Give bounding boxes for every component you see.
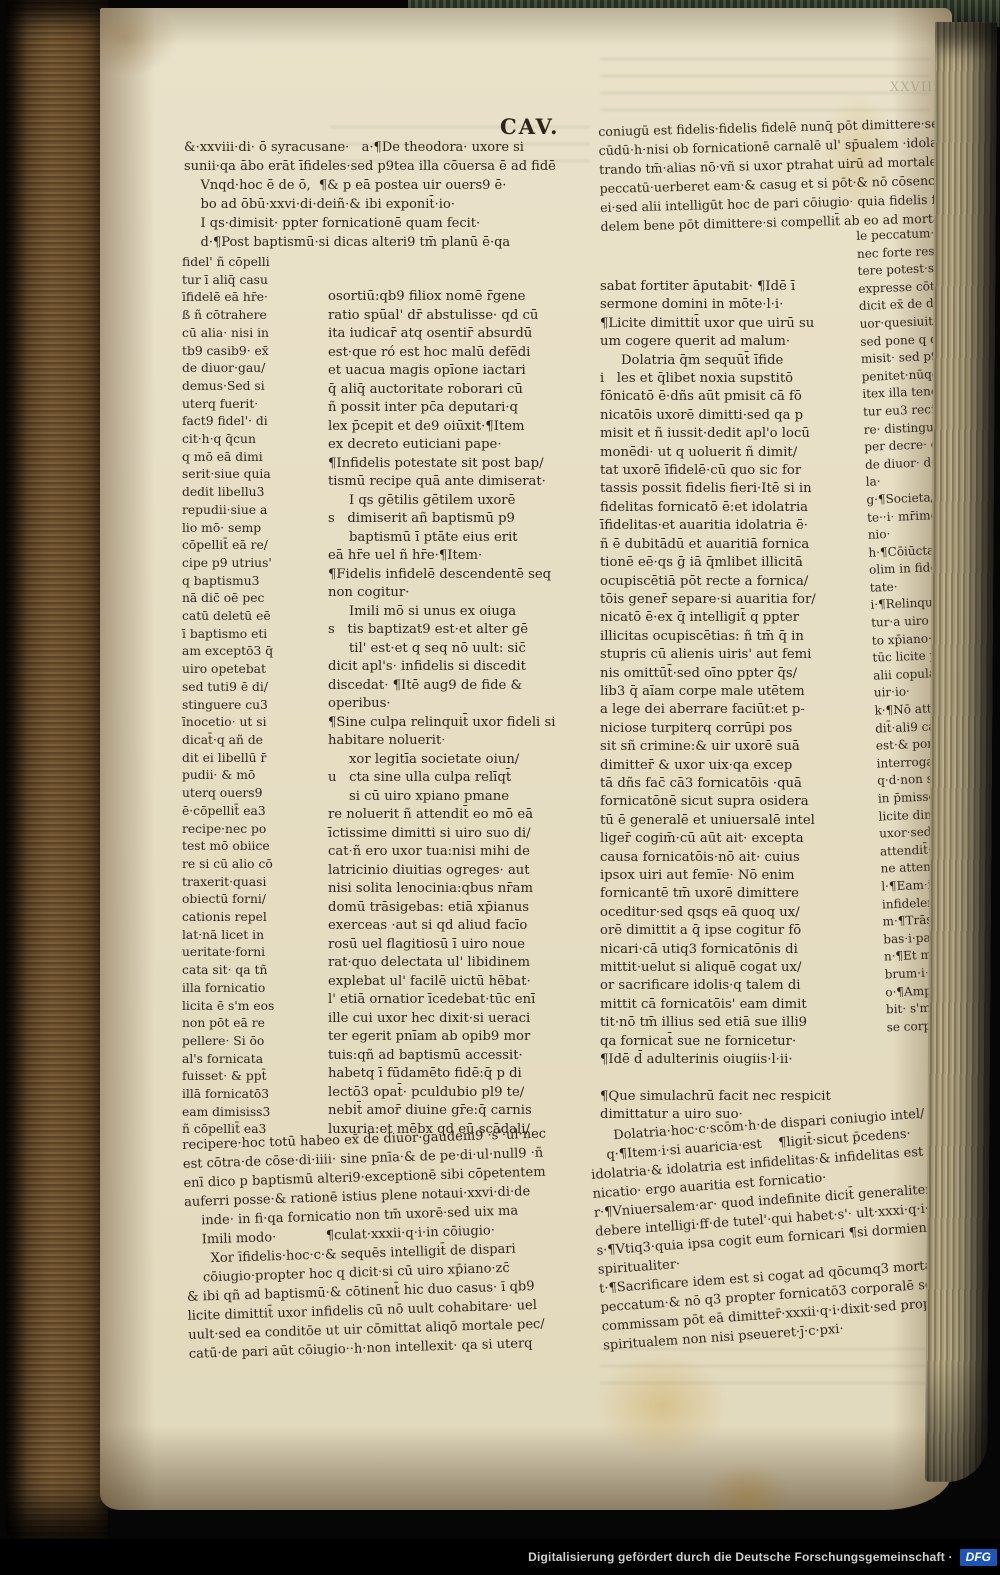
top-text-block: &·xxviii·di· ō syracusane· a·¶De theodor… xyxy=(184,138,616,252)
right-main-text-column: sabat fortiter āputabit· ¶Idē ī sermone … xyxy=(600,278,888,1125)
left-bottom-paragraphs: recipere·hoc totū habeo ex̄ de diuor·gau… xyxy=(182,1122,637,1364)
dfg-logo: DFG xyxy=(960,1549,997,1566)
page-heading: CAV. xyxy=(500,114,559,139)
book-spine xyxy=(6,0,108,1540)
left-main-text-column: osortiū:qb9 filiox nomē r̄gene ratio spū… xyxy=(328,288,610,1139)
photo-background: XXVIII. CAV. &·xxviii·di· ō syracusane· … xyxy=(0,0,1000,1575)
bleedthrough-area xyxy=(600,1348,960,1398)
bleedthrough-area xyxy=(600,58,930,118)
book-fore-edge xyxy=(925,22,997,1482)
banner-credit-text: Digitalisierung gefördert durch die Deut… xyxy=(528,1550,953,1564)
left-margin-gloss-column: fidel' ñ cōpelli tur ī aliq̄ casu īfidel… xyxy=(182,254,326,1139)
digitization-banner: Digitalisierung gefördert durch die Deut… xyxy=(0,1539,1000,1575)
book-page: XXVIII. CAV. &·xxviii·di· ō syracusane· … xyxy=(100,8,952,1510)
